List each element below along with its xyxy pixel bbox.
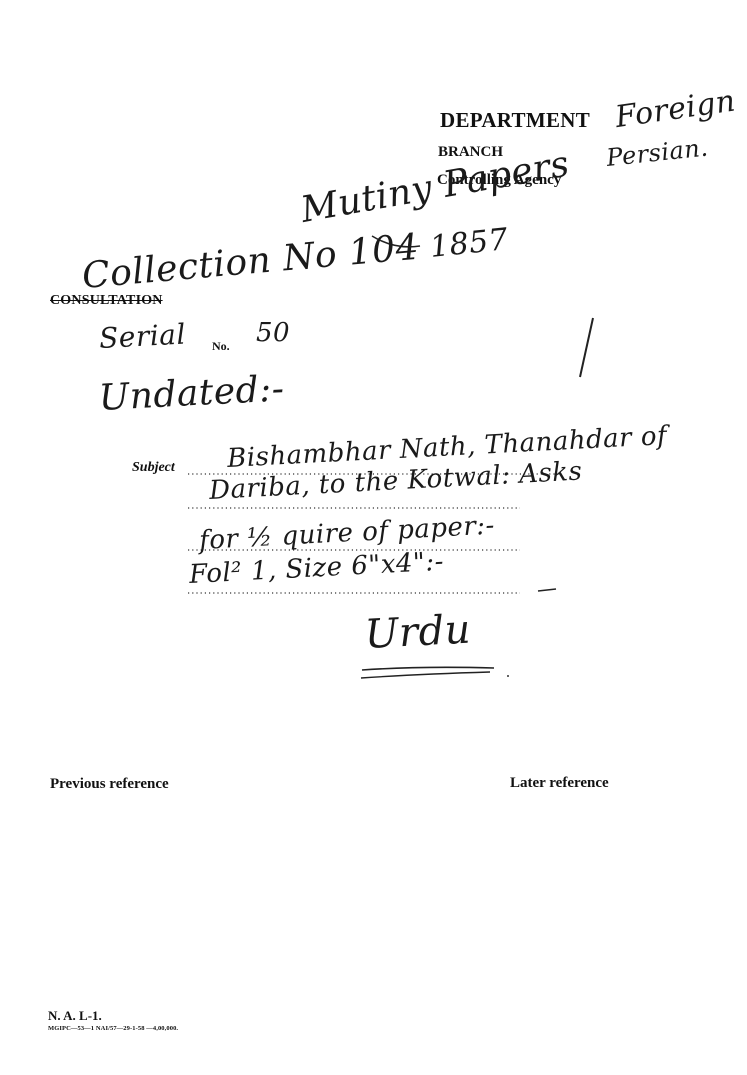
consultation-label-struck: CONSULTATION [50,293,163,309]
pen-stroke-mark [580,318,593,377]
later-reference-label: Later reference [510,775,609,792]
language-underline-1 [362,667,494,670]
department-value: Foreign [613,84,738,135]
handwritten-year: 1857 [428,222,510,265]
serial-number-value: 50 [256,318,290,348]
branch-value: Persian. [605,133,710,172]
language-value: Urdu [364,607,472,658]
department-label: DEPARTMENT [440,108,590,133]
stray-dot [507,675,509,677]
form-id: N. A. L-1. [48,1008,102,1024]
print-info: MGIPC—53—1 NAI/57—29-1-58 —4,00,000. [48,1025,178,1032]
serial-handwritten-prefix: Serial [98,318,186,355]
subject-label: Subject [132,460,175,476]
trailing-dash [538,589,556,591]
date-value: Undated:- [98,368,286,419]
collection-number: Collection No 104 [80,227,420,297]
language-underline-2 [361,672,490,678]
subject-line-3: for ½ quire of paper:- [198,511,495,556]
serial-number-label: No. [212,339,230,354]
handwritten-title: Mutiny Papers [298,143,573,231]
previous-reference-label: Previous reference [50,776,169,793]
